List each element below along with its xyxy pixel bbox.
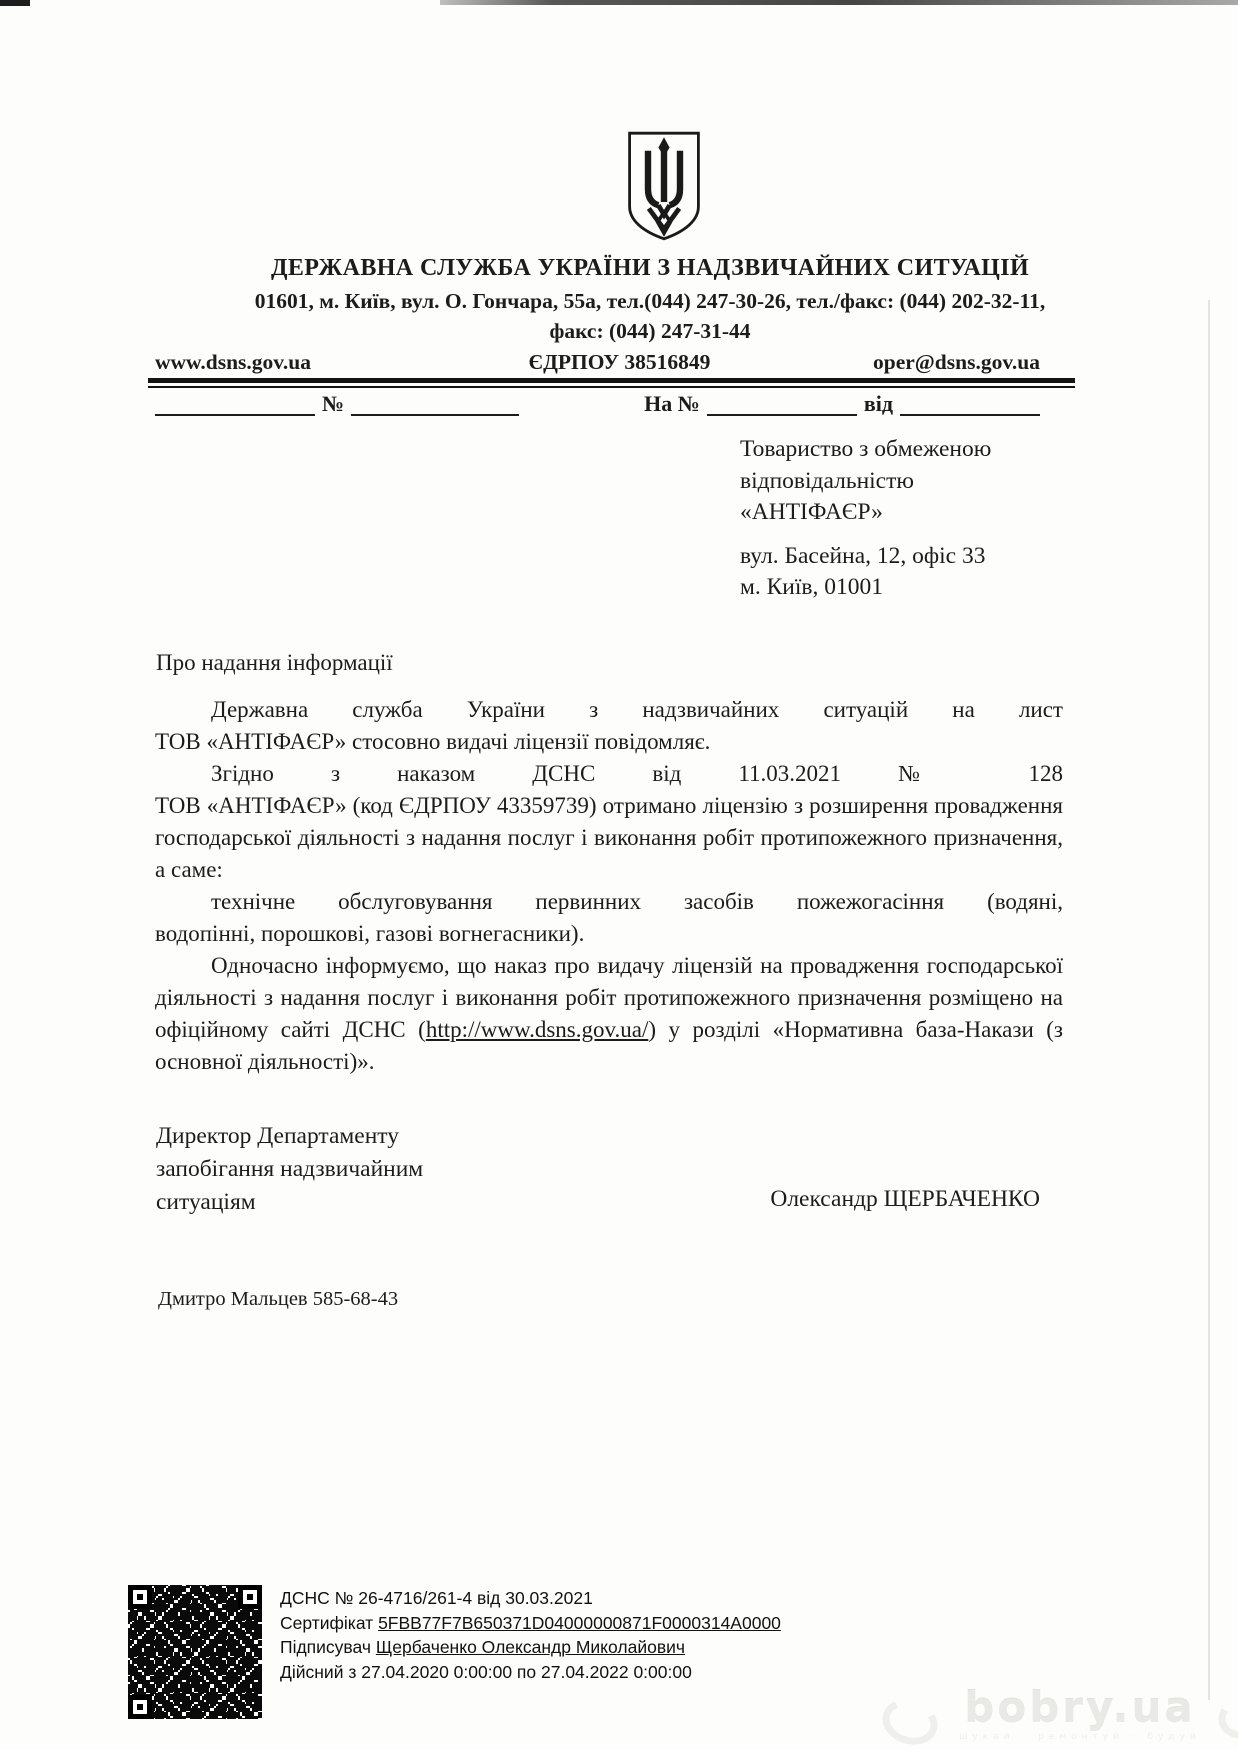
signer-position-block: Директор Департаменту запобігання надзви… (156, 1120, 576, 1219)
reference-line: № На № від (155, 392, 1040, 416)
qr-code-icon (128, 1585, 262, 1719)
org-address-line2: факс: (044) 247-31-44 (150, 319, 1120, 344)
org-edrpou: ЄДРПОУ 38516849 (529, 350, 711, 375)
header-divider (148, 378, 1075, 388)
paragraph-2-first-line: Згідно з наказом ДСНС від 11.03.2021 № 1… (155, 758, 1063, 790)
signer-position-line1: Директор Департаменту (156, 1120, 576, 1153)
certificate-value: 5FBB77F7B650371D04000000871F0000314A0000 (378, 1613, 781, 1633)
paragraph-3: технічне обслуговування первинних засобі… (155, 886, 1063, 950)
recipient-address-line1: вул. Басейна, 12, офіс 33 (740, 541, 1070, 573)
scanned-letter-page: ДЕРЖАВНА СЛУЖБА УКРАЇНИ З НАДЗВИЧАЙНИХ С… (0, 0, 1238, 1750)
incoming-number-blank (707, 392, 857, 416)
ukraine-trident-emblem-icon (620, 130, 708, 242)
paragraph-3-first-line: технічне обслуговування первинних засобі… (155, 886, 1063, 918)
qr-finder-bottom-left (128, 1695, 152, 1719)
outgoing-date-blank (351, 392, 519, 416)
org-address-line1: 01601, м. Київ, вул. О. Гончара, 55а, те… (150, 289, 1120, 314)
recipient-name-line1: Товариство з обмеженою (740, 434, 1070, 466)
paragraph-2-rest: ТОВ «АНТІФАЄР» (код ЄДРПОУ 43359739) отр… (155, 793, 1063, 882)
stamp-validity: Дійсний з 27.04.2020 0:00:00 по 27.04.20… (280, 1660, 880, 1685)
signer-label: Підписувач (280, 1637, 376, 1657)
scan-artifact-top-strip (440, 0, 1238, 5)
watermark-brand: bobry.ua (930, 1686, 1230, 1730)
signer-position-line3: ситуаціям (156, 1186, 576, 1219)
org-contact-row: www.dsns.gov.ua ЄДРПОУ 38516849 oper@dsn… (155, 350, 1040, 375)
paragraph-1: Державна служба України з надзвичайних с… (155, 694, 1063, 758)
from-label: від (864, 392, 893, 416)
paragraph-3-rest: водопінні, порошкові, газові вогнегасник… (155, 921, 584, 946)
incoming-date-blank (900, 392, 1040, 416)
recipient-name-line3: «АНТІФАЄР» (740, 497, 1070, 529)
org-email: oper@dsns.gov.ua (873, 350, 1040, 375)
watermark-tagline: шукай · ремонтуй · будуй (930, 1732, 1230, 1742)
scan-artifact-right-line (1208, 300, 1210, 1700)
watermark: bobry.ua шукай · ремонтуй · будуй (930, 1686, 1230, 1742)
stamp-signer-value: Щербаченко Олександр Миколайович (376, 1637, 685, 1657)
stamp-signer-line: Підписувач Щербаченко Олександр Миколайо… (280, 1635, 880, 1660)
paragraph-1-first-line: Державна служба України з надзвичайних с… (155, 694, 1063, 726)
signer-name: Олександр ЩЕРБАЧЕНКО (640, 1186, 1040, 1213)
recipient-block: Товариство з обмеженою відповідальністю … (740, 434, 1070, 604)
paragraph-1-rest: ТОВ «АНТІФАЄР» стосовно видачі ліцензії … (155, 729, 710, 754)
number-label: № (322, 392, 344, 416)
org-website: www.dsns.gov.ua (155, 350, 311, 375)
signer-position-line2: запобігання надзвичайним (156, 1153, 576, 1186)
scan-artifact-top-left (0, 0, 30, 6)
stamp-certificate-line: Сертифікат 5FBB77F7B650371D04000000871F0… (280, 1611, 880, 1636)
letter-subject: Про надання інформації (156, 650, 393, 676)
qr-finder-top-left (128, 1585, 152, 1609)
dsns-site-link[interactable]: http://www.dsns.gov.ua/ (426, 1017, 649, 1042)
digital-signature-stamp: ДСНС № 26-4716/261-4 від 30.03.2021 Серт… (280, 1586, 880, 1684)
outgoing-number-blank (155, 392, 315, 416)
qr-finder-top-right (238, 1585, 262, 1609)
paragraph-4: Одночасно інформуємо, що наказ про видач… (155, 950, 1063, 1078)
certificate-label: Сертифікат (280, 1613, 378, 1633)
stamp-doc-number: ДСНС № 26-4716/261-4 від 30.03.2021 (280, 1586, 880, 1611)
org-name: ДЕРЖАВНА СЛУЖБА УКРАЇНИ З НАДЗВИЧАЙНИХ С… (150, 255, 1120, 282)
paragraph-2: Згідно з наказом ДСНС від 11.03.2021 № 1… (155, 758, 1063, 886)
on-number-label: На № (644, 392, 700, 416)
recipient-name-line2: відповідальністю (740, 466, 1070, 498)
letter-body: Державна служба України з надзвичайних с… (155, 694, 1063, 1078)
recipient-address-line2: м. Київ, 01001 (740, 572, 1070, 604)
executor-contact: Дмитро Мальцев 585-68-43 (158, 1288, 398, 1311)
